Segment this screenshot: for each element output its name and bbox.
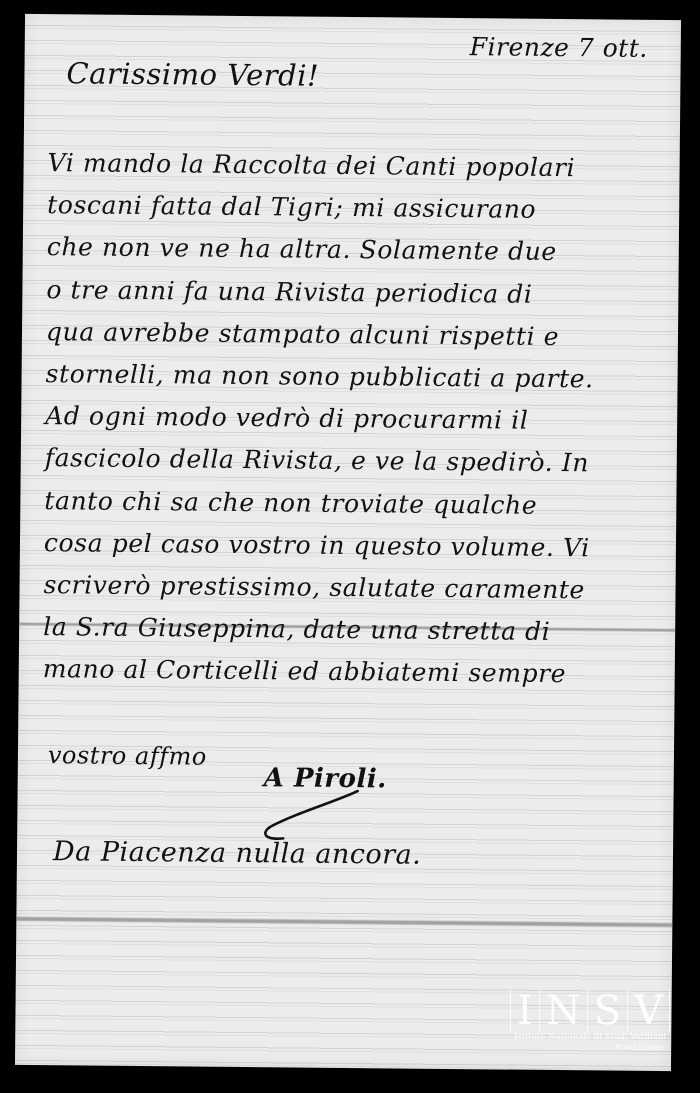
body-line: fascicolo della Rivista, e ve la spedirò… xyxy=(45,437,675,485)
institution-subtitle: Fondazione xyxy=(510,1043,670,1053)
logo-letter: S xyxy=(588,990,628,1032)
body-line: stornelli, ma non sono pubblicati a part… xyxy=(45,353,675,401)
letter-closing: vostro affmo xyxy=(48,741,207,771)
body-line: toscani fatta dal Tigri; mi assicurano xyxy=(47,184,677,232)
body-line: mano al Corticelli ed abbiatemi sempre xyxy=(43,648,673,696)
body-line: tanto chi sa che non troviate qualche xyxy=(44,480,674,528)
insv-logo: I N S V xyxy=(510,990,670,1032)
body-line: Ad ogni modo vedrò di procurarmi il xyxy=(45,395,675,443)
logo-letter: I xyxy=(511,990,540,1032)
logo-letter: N xyxy=(540,990,588,1032)
logo-letter: V xyxy=(628,990,669,1032)
fold-line xyxy=(16,917,672,927)
body-line: la S.ra Giuseppina, date una stretta di xyxy=(43,606,673,654)
letter-salutation: Carissimo Verdi! xyxy=(66,56,319,92)
letter-date: Firenze 7 ott. xyxy=(470,32,648,63)
body-line: qua avrebbe stampato alcuni rispetti e xyxy=(46,311,676,359)
body-line: che non ve ne ha altra. Solamente due xyxy=(47,226,677,274)
institution-name: Istituto Nazionale di Studi Verdiani xyxy=(510,1032,670,1043)
archive-watermark: I N S V Istituto Nazionale di Studi Verd… xyxy=(510,990,670,1058)
body-line: o tre anni fa una Rivista periodica di xyxy=(46,269,676,317)
letter-postscript: Da Piacenza nulla ancora. xyxy=(53,836,422,871)
letter-sheet: Firenze 7 ott. Carissimo Verdi! Vi mando… xyxy=(15,14,681,1071)
letter-body: Vi mando la Raccolta dei Canti popolari … xyxy=(43,142,678,696)
body-line: cosa pel caso vostro in questo volume. V… xyxy=(44,522,674,570)
body-line: scriverò prestissimo, salutate caramente xyxy=(43,564,673,612)
body-line: Vi mando la Raccolta dei Canti popolari xyxy=(47,142,677,190)
